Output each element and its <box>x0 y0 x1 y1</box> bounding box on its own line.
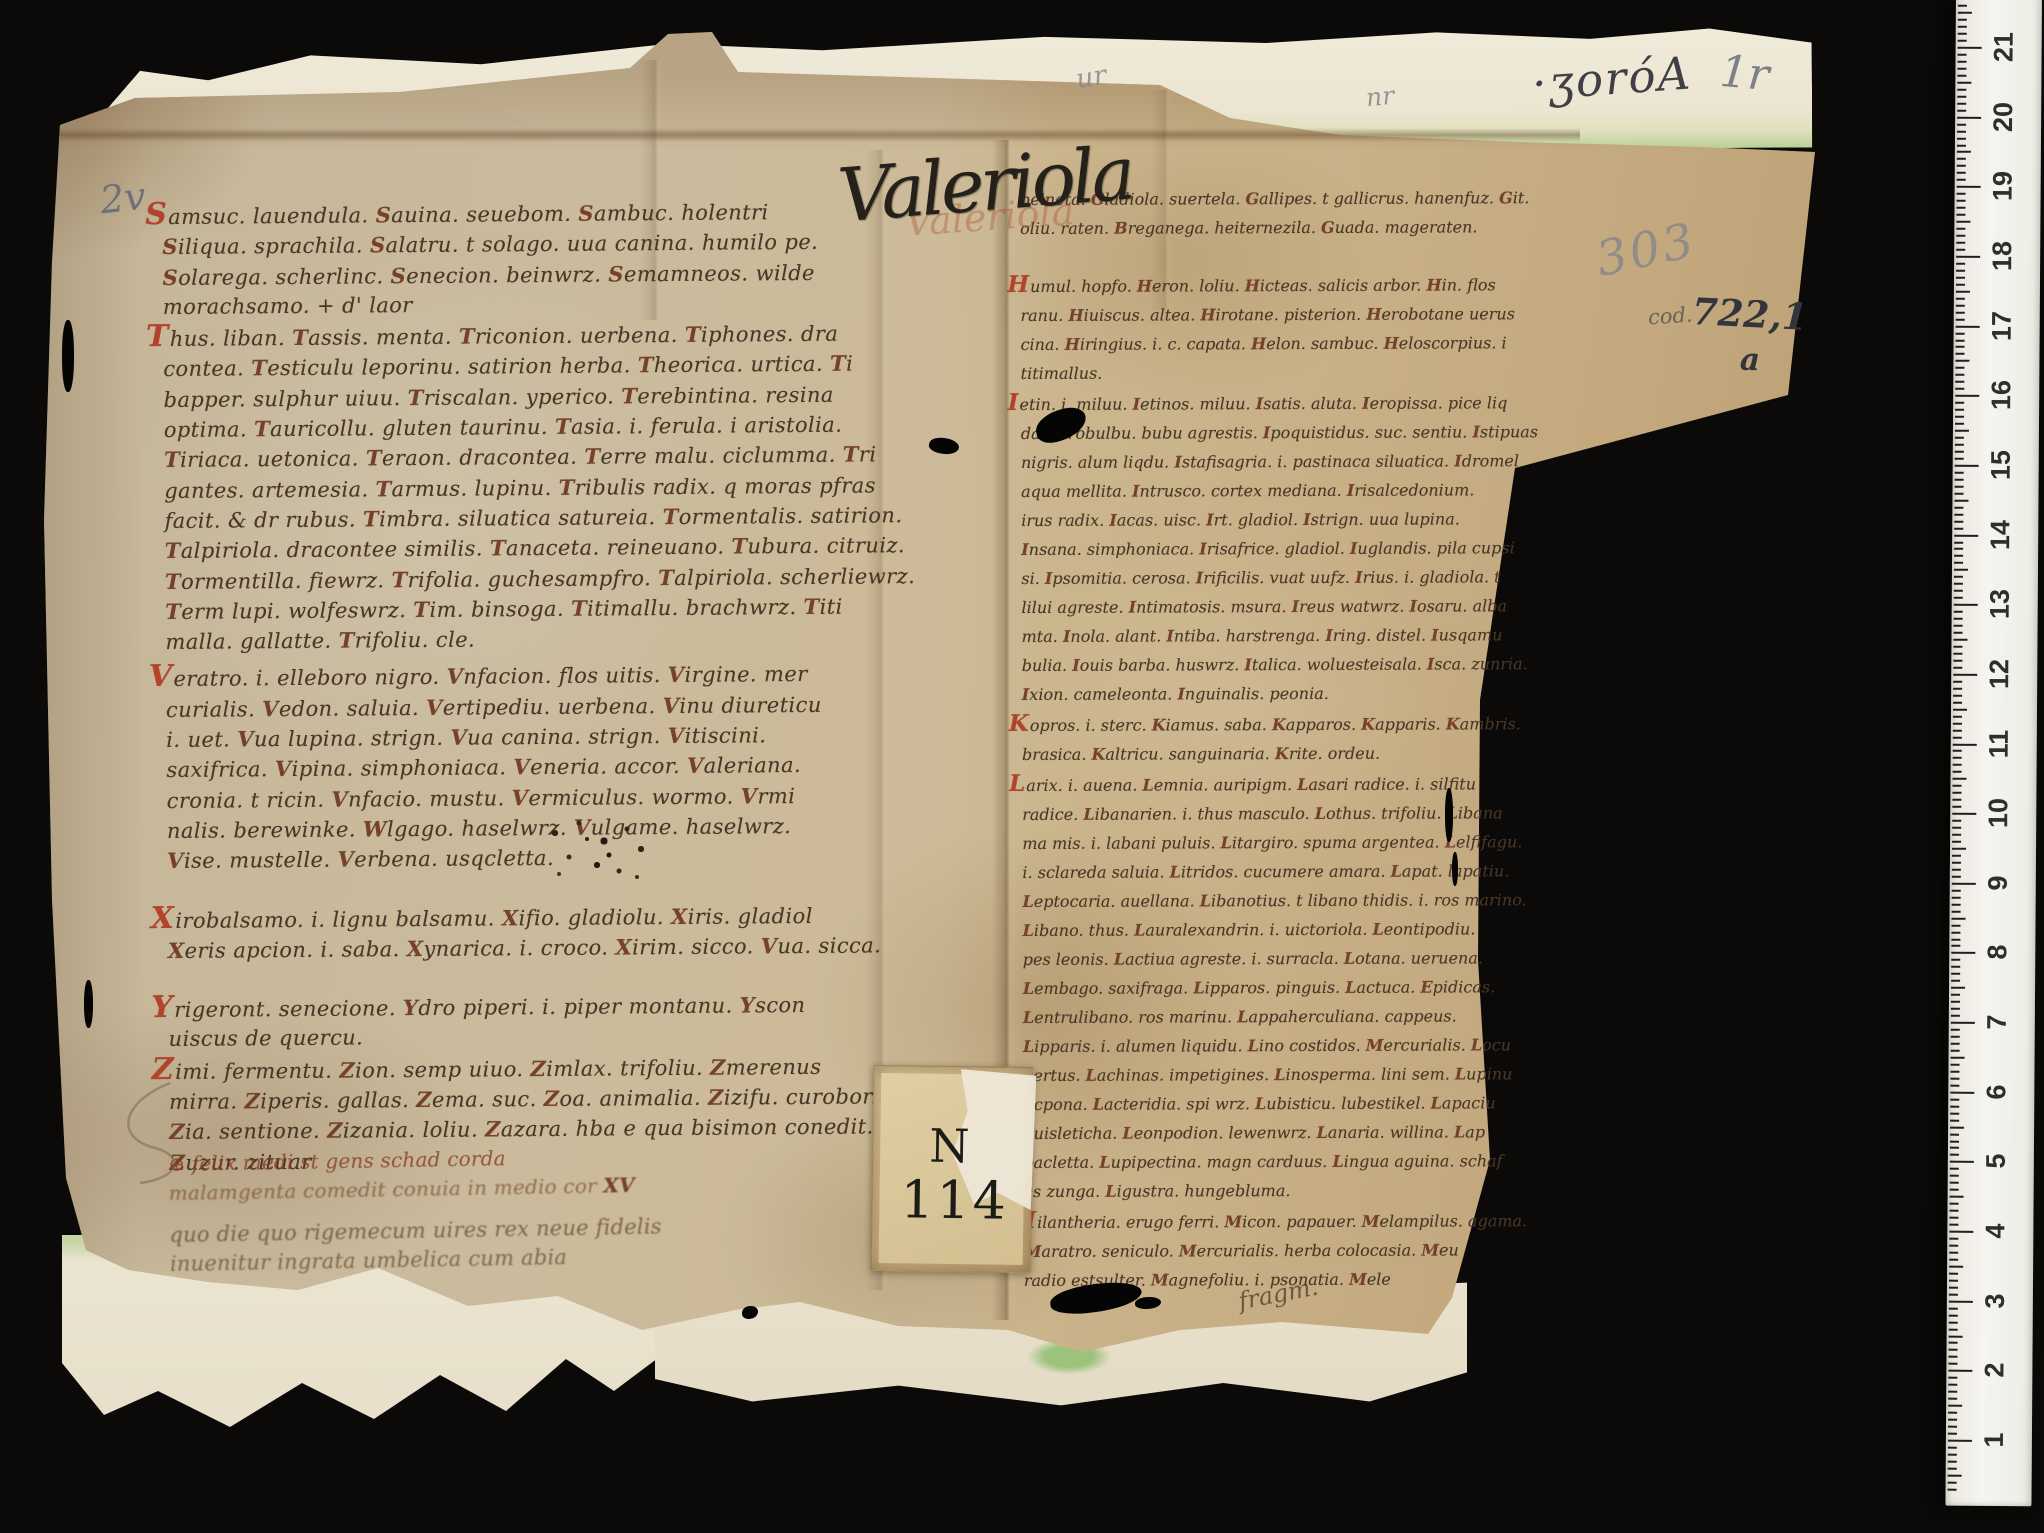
fold-crease <box>1150 90 1178 310</box>
ruler-tick <box>1955 479 1964 481</box>
ruler-tick <box>1951 980 1960 982</box>
ruler-tick <box>1956 235 1965 237</box>
ruler-tick <box>1951 1064 1960 1066</box>
ruler-tick <box>1951 1022 1975 1024</box>
ruler-tick <box>1952 862 1961 864</box>
ruler-tick <box>1952 785 1961 787</box>
ruler-tick <box>1958 5 1967 7</box>
rubricated-capital: T <box>459 324 475 349</box>
ruler-cm-number: 8 <box>1982 930 2012 974</box>
manuscript-line: Maratro. seniculo. Mercurialis. herba co… <box>1024 1235 1541 1266</box>
rubricated-capital: Y <box>740 992 756 1017</box>
manuscript-line: lilui agreste. Intimatosis. msura. Ireus… <box>1021 591 1538 622</box>
rubricated-capital: L <box>1344 949 1355 968</box>
rubricated-capital: L <box>1099 1153 1110 1172</box>
rubricated-capital: M <box>1024 1242 1042 1261</box>
ruler-tick <box>1958 40 1967 42</box>
ruler-tick <box>1953 722 1962 724</box>
rubricated-capital: X <box>671 903 688 928</box>
ruler-tick <box>1952 903 1961 905</box>
ruler-tick <box>1957 95 1966 97</box>
ruler-cm-number: 9 <box>1983 861 2013 905</box>
manuscript-line: i. sclareda saluia. Litridos. cucumere a… <box>1022 856 1539 887</box>
manuscript-line: ⊕ felix medi st gens schad corda <box>168 1141 661 1179</box>
rubricated-initial: K <box>1009 710 1029 737</box>
ruler-tick <box>1948 1461 1957 1463</box>
manuscript-line: cina. Hiringius. i. c. capata. Helon. sa… <box>1021 328 1538 359</box>
ruler-tick <box>1954 527 1963 529</box>
ruler-cm-number: 1 <box>1979 1418 2009 1462</box>
ruler-tick <box>1955 451 1964 453</box>
rubricated-capital: I <box>1454 451 1462 470</box>
ruler-tick <box>1951 994 1960 996</box>
backing-paper-top <box>106 26 1813 157</box>
ruler-tick <box>1950 1071 1959 1073</box>
ruler-tick <box>1958 47 1982 49</box>
ruler-tick <box>1949 1342 1958 1344</box>
ruler-tick <box>1948 1412 1957 1414</box>
ruler-tick <box>1953 708 1967 710</box>
manuscript-line: Kopros. i. sterc. Kiamus. saba. Kapparos… <box>1022 707 1539 740</box>
rubricated-capital: L <box>1023 979 1034 998</box>
rubricated-capital: I <box>1022 685 1030 704</box>
ruler-tick <box>1957 186 1981 188</box>
rubricated-initial: S <box>145 197 167 232</box>
rubricated-capital: T <box>292 325 308 350</box>
rubricated-capital: V <box>167 848 184 873</box>
rubricated-capital: L <box>1454 1122 1465 1141</box>
ruler-tick <box>1952 876 1961 878</box>
fold-crease <box>866 150 894 1290</box>
ruler-tick <box>1954 618 1963 620</box>
ruler-tick <box>1950 1175 1959 1177</box>
rubricated-capital: V <box>275 756 292 781</box>
ruler-tick <box>1949 1252 1958 1254</box>
rubricated-capital: K <box>1446 714 1460 733</box>
ruler-tick <box>1949 1266 1963 1268</box>
ruler-tick <box>1952 792 1961 794</box>
rubricated-capital: I <box>1132 482 1140 501</box>
ruler-tick <box>1956 284 1965 286</box>
rubricated-capital: I <box>1263 423 1271 442</box>
ruler-tick <box>1950 1119 1959 1121</box>
rubricated-capital: L <box>1431 1094 1442 1113</box>
rubricated-capital: I <box>1431 626 1439 645</box>
ruler-tick <box>1956 249 1965 251</box>
rubricated-capital: H <box>1137 277 1152 296</box>
rubricated-capital: T <box>413 597 429 622</box>
rubricated-capital: I <box>1355 568 1363 587</box>
pencil-squiggle <box>100 1078 190 1188</box>
ruler-tick <box>1957 193 1966 195</box>
manuscript-line: mta. Inola. alant. Intiba. harstrenga. I… <box>1022 620 1539 651</box>
ruler-tick <box>1952 813 1976 815</box>
ruler-tick <box>1954 555 1963 557</box>
rubricated-capital: Z <box>710 1054 726 1079</box>
ruler-tick <box>1957 109 1966 111</box>
manuscript-line: si. Ipsomitia. cerosa. Irificilis. vuat … <box>1021 562 1538 593</box>
ruler-tick <box>1955 416 1964 418</box>
ruler-tick <box>1953 681 1962 683</box>
ruler-tick <box>1956 297 1965 299</box>
rubricated-capital: L <box>1445 832 1456 851</box>
manuscript-line: uiscus de quercu. <box>168 1020 918 1055</box>
rubricated-capital: S <box>370 233 386 258</box>
ruler-tick <box>1951 1043 1960 1045</box>
ruler-tick <box>1949 1245 1958 1247</box>
manuscript-line: pes leonis. Lactiua agreste. i. surracla… <box>1023 943 1540 974</box>
manuscript-line: contea. Testiculu leporinu. satirion her… <box>163 349 913 385</box>
ruler-tick <box>1949 1273 1958 1275</box>
ruler-tick <box>1952 848 1966 850</box>
rubricated-capital: I <box>1256 394 1264 413</box>
rubricated-capital: Z <box>339 1057 355 1082</box>
ruler-tick <box>1956 318 1965 320</box>
rubricated-capital: T <box>490 536 506 561</box>
ruler-tick <box>1950 1168 1959 1170</box>
rubricated-capital: Z <box>708 1085 724 1110</box>
rubricated-capital: T <box>663 504 679 529</box>
manuscript-line: irus radix. Iacas. uisc. Irt. gladiol. I… <box>1021 504 1538 535</box>
fold-crease <box>640 60 668 320</box>
shelfmark-letter: N <box>929 1119 970 1174</box>
rubricated-capital: V <box>663 693 680 718</box>
ruler-tick <box>1956 311 1965 313</box>
ruler-tick <box>1953 653 1962 655</box>
manuscript-line: Lembago. saxifraga. Lipparos. pinguis. L… <box>1023 972 1540 1003</box>
codex-number: 722,1 <box>1691 289 1809 339</box>
backing-paper-bottom-left <box>62 1235 662 1435</box>
ruler-tick <box>1957 151 1971 153</box>
manuscript-line: optima. Tauricollu. gluten taurinu. Tasi… <box>164 409 914 445</box>
rubricated-capital: H <box>1384 334 1399 353</box>
ruler-tick <box>1957 102 1966 104</box>
ruler-tick <box>1951 931 1960 933</box>
ruler-tick <box>1957 68 1966 70</box>
ink-signature: ·ʒoróA <box>1530 46 1693 110</box>
rubricated-capital: L <box>1315 804 1326 823</box>
ruler-tick <box>1949 1300 1973 1302</box>
rubricated-capital: T <box>584 444 600 469</box>
rubricated-capital: S <box>390 263 406 288</box>
ruler-cm-number: 6 <box>1981 1070 2011 1114</box>
ruler-tick <box>1958 19 1967 21</box>
ruler-tick <box>1949 1259 1958 1261</box>
rubricated-capital: L <box>1134 921 1145 940</box>
manuscript-line: mirra. Ziperis. gallas. Zema. suc. Zoa. … <box>169 1081 919 1117</box>
rubricated-capital: V <box>574 815 591 840</box>
manuscript-line: facit. & dr rubus. Timbra. siluatica sat… <box>164 500 914 536</box>
rubricated-capital: H <box>1426 276 1441 295</box>
rubricated-capital: T <box>251 356 267 381</box>
ruler-tick <box>1949 1321 1958 1323</box>
ruler-tick <box>1956 290 1970 292</box>
manuscript-line: morachsamo. + d' laor <box>163 287 913 322</box>
rubricated-capital: I <box>1362 394 1370 413</box>
rubricated-capital: H <box>1251 334 1266 353</box>
ruler-tick <box>1951 959 1960 961</box>
ruler-tick <box>1956 214 1965 216</box>
rubricated-capital: T <box>164 447 180 472</box>
ruler-tick <box>1957 200 1966 202</box>
ruler-tick <box>1948 1454 1957 1456</box>
ruler-tick <box>1952 855 1961 857</box>
manuscript-line: brasica. Kaltricu. sanguinaria. Krite. o… <box>1022 738 1539 769</box>
rubricated-capital: M <box>1366 1036 1384 1055</box>
rubricated-capital: T <box>621 383 637 408</box>
rubricated-capital: I <box>1166 626 1174 645</box>
rubricated-initial: Z <box>152 1052 175 1087</box>
manuscript-line: Humul. hopfo. Heron. loliu. Hicteas. sal… <box>1020 268 1537 301</box>
ruler-tick <box>1948 1440 1972 1442</box>
gutter-fold-crease <box>992 140 1020 1320</box>
manuscript-line: radice. Libanarien. i. thus masculo. Lot… <box>1022 798 1539 829</box>
ruler-tick <box>1948 1384 1957 1386</box>
page-heading: Valeriola <box>836 137 1135 234</box>
ruler-tick <box>1956 263 1965 265</box>
ruler-tick <box>1948 1488 1957 1490</box>
manuscript-line: Leptocaria. auellana. Libanotius. t liba… <box>1022 885 1539 916</box>
manuscript-line: Zia. sentione. Zizania. loliu. Zazara. h… <box>169 1111 919 1147</box>
ruler-tick <box>1953 701 1962 703</box>
ruler-tick <box>1954 520 1963 522</box>
ruler-tick <box>1951 1008 1960 1010</box>
binding-slit <box>1445 788 1453 842</box>
rubricated-capital: M <box>1362 1212 1380 1231</box>
rubricated-capital: T <box>685 322 701 347</box>
rubricated-capital: T <box>559 474 575 499</box>
ruler-tick <box>1948 1405 1962 1407</box>
rubricated-capital: T <box>571 596 587 621</box>
ruler-tick <box>1951 1001 1960 1003</box>
rubricated-capital: I <box>1133 395 1141 414</box>
folio-mark-recto: 1r <box>1718 46 1771 101</box>
ruler-tick <box>1951 1036 1960 1038</box>
manuscript-line: es zunga. Ligustra. hungebluma. <box>1023 1175 1540 1206</box>
ruler-tick <box>1955 444 1964 446</box>
manuscript-line: Libano. thus. Lauralexandrin. i. uictori… <box>1023 914 1540 945</box>
rubricated-capital: L <box>1447 803 1458 822</box>
ruler-tick <box>1955 492 1964 494</box>
rubricated-capital: L <box>1332 1152 1343 1171</box>
rubricated-capital: I <box>1409 597 1417 616</box>
rubricated-capital: I <box>1347 481 1355 500</box>
rubricated-capital: L <box>1200 891 1211 910</box>
torn-paper-overlay <box>942 1069 1036 1210</box>
ruler-cm-number: 18 <box>1987 234 2017 278</box>
ruler-tick <box>1950 1161 1974 1163</box>
pencil-mark: nr <box>1365 81 1395 112</box>
manuscript-line: bapper. sulphur uiuu. Triscalan. yperico… <box>163 379 913 415</box>
ink-spatter <box>548 818 550 820</box>
rubricated-capital: H <box>1068 306 1083 325</box>
ruler-tick <box>1948 1391 1957 1393</box>
ruler-tick <box>1953 764 1962 766</box>
manuscript-line: huisleticha. Leonpodion. lewenwrz. Lanar… <box>1023 1117 1540 1148</box>
ruler-tick <box>1956 332 1965 334</box>
ruler-tick <box>1952 869 1961 871</box>
rubricated-capital: T <box>830 351 846 376</box>
ruler-tick <box>1951 1029 1960 1031</box>
rubricated-capital: V <box>668 723 685 748</box>
shelfmark-label: N 114 <box>871 1065 1034 1273</box>
shelfmark-label-inner <box>879 1073 1026 1265</box>
ruler-tick <box>1950 1084 1959 1086</box>
manuscript-line: Vise. mustelle. Verbena. usqcletta. <box>167 840 917 876</box>
rubricated-capital: L <box>1372 920 1383 939</box>
rubricated-capital: I <box>1427 655 1435 674</box>
rubricated-capital: V <box>668 662 685 687</box>
rubricated-capital: L <box>1345 978 1356 997</box>
rubricated-capital: L <box>1455 1064 1466 1083</box>
ruler-tick <box>1954 541 1963 543</box>
rubricated-capital: W <box>363 816 387 841</box>
rubricated-capital: V <box>741 783 758 808</box>
rubricated-capital: I <box>1177 684 1185 703</box>
ruler-tick <box>1948 1481 1957 1483</box>
manuscript-line: bulia. Iouis barba. huswrz. Italica. wol… <box>1022 649 1539 680</box>
ruler-tick <box>1952 882 1976 884</box>
ruler-tick <box>1949 1210 1958 1212</box>
manuscript-line: Solarega. scherlinc. Senecion. beinwrz. … <box>162 257 912 293</box>
rubricated-capital: H <box>1065 335 1080 354</box>
ruler-cm-number: 13 <box>1985 582 2015 626</box>
rubricated-initial: I <box>1008 389 1019 416</box>
ruler-tick <box>1954 569 1968 571</box>
ruler-tick <box>1955 395 1979 397</box>
ruler-tick <box>1949 1231 1973 1233</box>
ruler-tick <box>1952 910 1961 912</box>
rubricated-capital: V <box>447 664 464 689</box>
rubricated-capital: L <box>1022 892 1033 911</box>
backing-paper-bottom-right <box>655 1280 1467 1412</box>
rubricated-capital: S <box>578 201 594 226</box>
ruler-tick <box>1950 1140 1959 1142</box>
rubricated-capital: T <box>366 446 382 471</box>
manuscript-line: Lipparis. i. alumen liquidu. Lino costid… <box>1023 1030 1540 1061</box>
ruler-tick <box>1951 1015 1960 1017</box>
ruler-tick <box>1955 472 1964 474</box>
ruler-tick <box>1955 430 1969 432</box>
ruler-tick <box>1950 1112 1959 1114</box>
manuscript-line: Samsuc. lauendula. Sauina. seuebom. Samb… <box>162 194 912 232</box>
heading-red-ghost: Valeriola <box>904 192 1076 242</box>
ruler-tick <box>1954 548 1963 550</box>
parchment-hole <box>742 1306 758 1319</box>
rubricated-capital: L <box>1317 1123 1328 1142</box>
rubricated-capital: M <box>1421 1241 1439 1260</box>
ruler-tick <box>1957 88 1966 90</box>
ruler-tick <box>1954 534 1978 536</box>
ruler-tick <box>1953 743 1977 745</box>
rubricated-capital: M <box>1224 1212 1242 1231</box>
ruler-tick <box>1955 423 1964 425</box>
rubricated-capital: L <box>1023 1008 1034 1027</box>
rubricated-capital: T <box>638 353 654 378</box>
measuring-ruler: 212019181716151413121110987654321 <box>1945 0 2042 1506</box>
ruler-tick <box>1948 1426 1957 1428</box>
rubricated-capital: X <box>168 938 185 963</box>
parchment-hole <box>928 435 961 457</box>
binding-slit <box>1452 852 1458 886</box>
binding-slit <box>62 320 74 392</box>
manuscript-line: radio estsulter. Magnefoliu. i. psonatia… <box>1024 1264 1541 1295</box>
manuscript-line: saxifrica. Vipina. simphoniaca. Veneria.… <box>166 749 916 785</box>
rubricated-capital: H <box>1245 276 1260 295</box>
ruler-tick <box>1950 1196 1964 1198</box>
rubricated-capital: T <box>165 568 181 593</box>
rubricated-capital: X <box>603 1173 619 1197</box>
ruler-cm-number: 2 <box>1979 1348 2009 1392</box>
rubricated-capital: T <box>803 594 819 619</box>
rubricated-capital: T <box>375 476 391 501</box>
rubricated-capital: S <box>376 202 392 227</box>
ruler-tick <box>1948 1468 1957 1470</box>
ruler-tick <box>1953 694 1962 696</box>
ruler-tick <box>1956 270 1965 272</box>
ruler-tick <box>1958 33 1967 35</box>
ruler-cm-number: 20 <box>1988 95 2018 139</box>
ruler-tick <box>1954 604 1978 606</box>
ruler-cm-number: 4 <box>1980 1209 2010 1253</box>
ruler-tick <box>1957 123 1966 125</box>
ruler-tick <box>1955 353 1964 355</box>
manuscript-line: Larix. i. auena. Lemnia. auripigm. Lasar… <box>1022 767 1539 800</box>
rubricated-capital: L <box>1114 950 1125 969</box>
ruler-tick <box>1958 12 1972 14</box>
ruler-tick <box>1953 674 1977 676</box>
manuscript-line: Milantheria. erugo ferri. Micon. papauer… <box>1024 1204 1541 1237</box>
ruler-tick <box>1950 1091 1974 1093</box>
ruler-tick <box>1954 590 1963 592</box>
rubricated-capital: I <box>1045 569 1053 588</box>
rubricated-initial: Y <box>151 990 173 1025</box>
rubricated-capital: T <box>658 565 674 590</box>
ruler-cm-number: 14 <box>1985 512 2015 556</box>
rubricated-capital: I <box>1021 540 1029 559</box>
shelfmark-number: 114 <box>900 1170 1009 1232</box>
ruler-tick <box>1951 1050 1960 1052</box>
ruler-tick <box>1953 771 1962 773</box>
ruler-tick <box>1948 1356 1957 1358</box>
ruler-tick <box>1956 228 1965 230</box>
ruler-tick <box>1953 736 1962 738</box>
parchment-hole <box>1049 1279 1143 1316</box>
rubricated-capital: V <box>426 695 443 720</box>
ruler-tick <box>1951 952 1975 954</box>
manuscript-line: i. uet. Vua lupina. strign. Vua canina. … <box>166 719 916 755</box>
ruler-tick <box>1957 172 1966 174</box>
ruler-tick <box>1953 660 1962 662</box>
rubricated-capital: I <box>1472 422 1480 441</box>
manuscript-line: curialis. Vedon. saluia. Vertipediu. uer… <box>166 689 916 725</box>
ruler-tick <box>1954 583 1963 585</box>
ruler-tick <box>1949 1335 1963 1337</box>
corner-note: fragm. <box>1236 1273 1320 1316</box>
ruler-tick <box>1949 1349 1958 1351</box>
ruler-tick <box>1950 1126 1964 1128</box>
rubricated-capital: I <box>1129 598 1137 617</box>
manuscript-line: Xirobalsamo. i. lignu balsamu. Xifio. gl… <box>168 898 918 936</box>
manuscript-line: Zuzur. zituar <box>169 1142 919 1178</box>
rubricated-initial: L <box>1009 770 1025 797</box>
rubricated-capital: Z <box>169 1149 185 1174</box>
pencil-mark: ur <box>1074 60 1109 95</box>
right-page-text-column: beineta. Gladiola. suertela. Gallipes. t… <box>1020 183 1541 1295</box>
ruler-tick <box>1949 1224 1958 1226</box>
ruler-tick <box>1951 966 1960 968</box>
manuscript-line: aqua mellita. Intrusco. cortex mediana. … <box>1021 475 1538 506</box>
